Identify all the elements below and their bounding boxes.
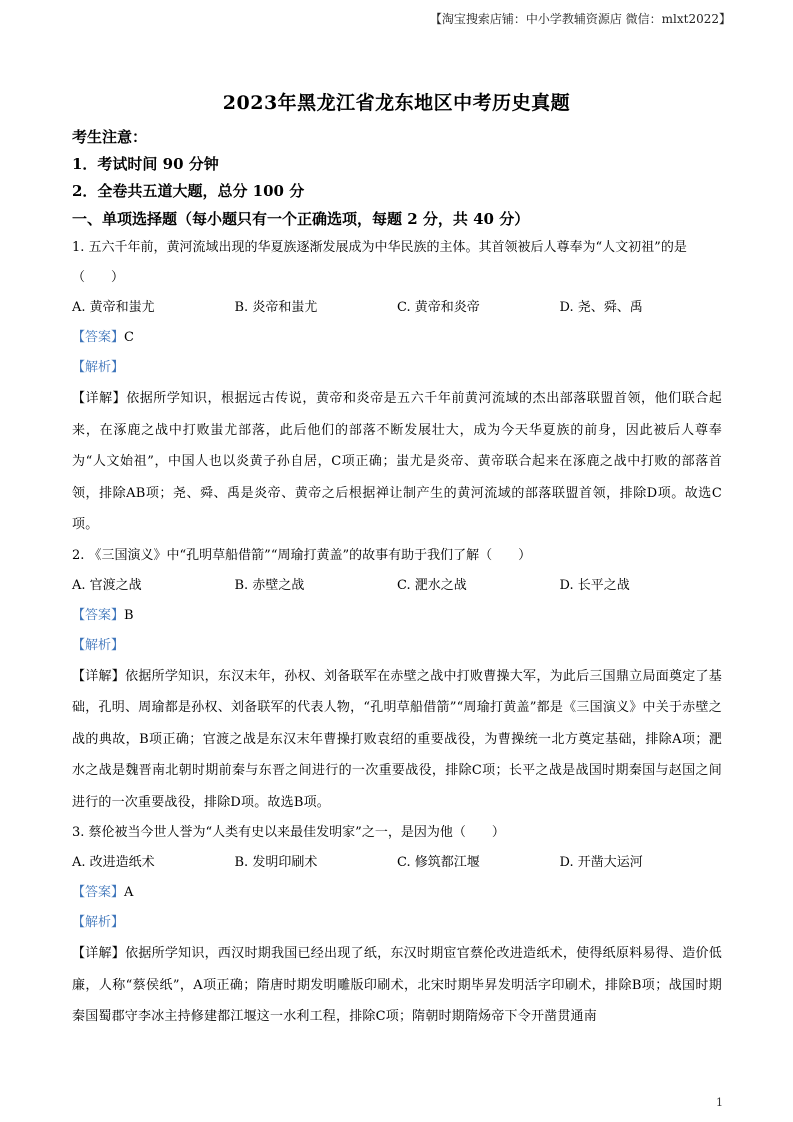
notice-heading: 考生注意： — [72, 124, 722, 151]
question-2: 2. 《三国演义》中“孔明草船借箭”“周瑜打黄盖”的故事有助于我们了解（ ） A… — [72, 541, 722, 819]
page-number: 1 — [716, 1096, 723, 1109]
question-1: 1. 五六千年前，黄河流域出现的华夏族逐渐发展成为中华民族的主体。其首领被后人尊… — [72, 233, 722, 541]
detail-text: 【详解】依据所学知识，西汉时期我国已经出现了纸，东汉时期宦官蔡伦改进造纸术，使得… — [72, 938, 722, 1033]
answer-label: 【答案】 — [72, 885, 124, 900]
option-a: A. 黄帝和蚩尤 — [72, 293, 235, 323]
option-a: A. 改进造纸术 — [72, 848, 235, 878]
option-b: B. 发明印刷术 — [235, 848, 398, 878]
option-d: D. 开凿大运河 — [560, 848, 723, 878]
question-stem: 3. 蔡伦被当今世人誉为“人类有史以来最佳发明家”之一，是因为他（ ） — [72, 818, 722, 848]
answer-value: B — [124, 608, 134, 623]
option-b: B. 赤壁之战 — [235, 571, 398, 601]
analysis-line: 【解析】 — [72, 631, 722, 661]
document-body: 考生注意： 1．考试时间 90 分钟 2．全卷共五道大题，总分 100 分 一、… — [72, 124, 722, 1033]
detail-text: 【详解】依据所学知识，东汉末年，孙权、刘备联军在赤壁之战中打败曹操大军，为此后三… — [72, 661, 722, 819]
answer-value: A — [124, 885, 133, 900]
option-d: D. 尧、舜、禹 — [560, 293, 723, 323]
answer-line: 【答案】A — [72, 878, 722, 908]
analysis-line: 【解析】 — [72, 908, 722, 938]
analysis-line: 【解析】 — [72, 353, 722, 383]
analysis-label: 【解析】 — [72, 360, 124, 375]
answer-line: 【答案】B — [72, 601, 722, 631]
question-stem: 2. 《三国演义》中“孔明草船借箭”“周瑜打黄盖”的故事有助于我们了解（ ） — [72, 541, 722, 571]
options-row: A. 黄帝和蚩尤 B. 炎帝和蚩尤 C. 黄帝和炎帝 D. 尧、舜、禹 — [72, 293, 722, 323]
option-b: B. 炎帝和蚩尤 — [235, 293, 398, 323]
option-c: C. 淝水之战 — [397, 571, 560, 601]
header-note: 【淘宝搜索店铺：中小学教辅资源店 微信：mlxt2022】 — [430, 10, 731, 27]
page-title: 2023年黑龙江省龙东地区中考历史真题 — [0, 88, 793, 115]
answer-line: 【答案】C — [72, 323, 722, 353]
option-c: C. 黄帝和炎帝 — [397, 293, 560, 323]
notice-item: 2．全卷共五道大题，总分 100 分 — [72, 178, 722, 205]
answer-label: 【答案】 — [72, 608, 124, 623]
analysis-label: 【解析】 — [72, 915, 124, 930]
options-row: A. 官渡之战 B. 赤壁之战 C. 淝水之战 D. 长平之战 — [72, 571, 722, 601]
detail-text: 【详解】依据所学知识，根据远古传说，黄帝和炎帝是五六千年前黄河流域的杰出部落联盟… — [72, 383, 722, 541]
question-3: 3. 蔡伦被当今世人誉为“人类有史以来最佳发明家”之一，是因为他（ ） A. 改… — [72, 818, 722, 1033]
options-row: A. 改进造纸术 B. 发明印刷术 C. 修筑都江堰 D. 开凿大运河 — [72, 848, 722, 878]
question-stem: 1. 五六千年前，黄河流域出现的华夏族逐渐发展成为中华民族的主体。其首领被后人尊… — [72, 233, 722, 293]
option-c: C. 修筑都江堰 — [397, 848, 560, 878]
option-a: A. 官渡之战 — [72, 571, 235, 601]
option-d: D. 长平之战 — [560, 571, 723, 601]
answer-label: 【答案】 — [72, 330, 124, 345]
answer-value: C — [124, 330, 134, 345]
analysis-label: 【解析】 — [72, 638, 124, 653]
notice-item: 1．考试时间 90 分钟 — [72, 151, 722, 178]
section-heading: 一、单项选择题（每小题只有一个正确选项，每题 2 分，共 40 分） — [72, 205, 722, 233]
